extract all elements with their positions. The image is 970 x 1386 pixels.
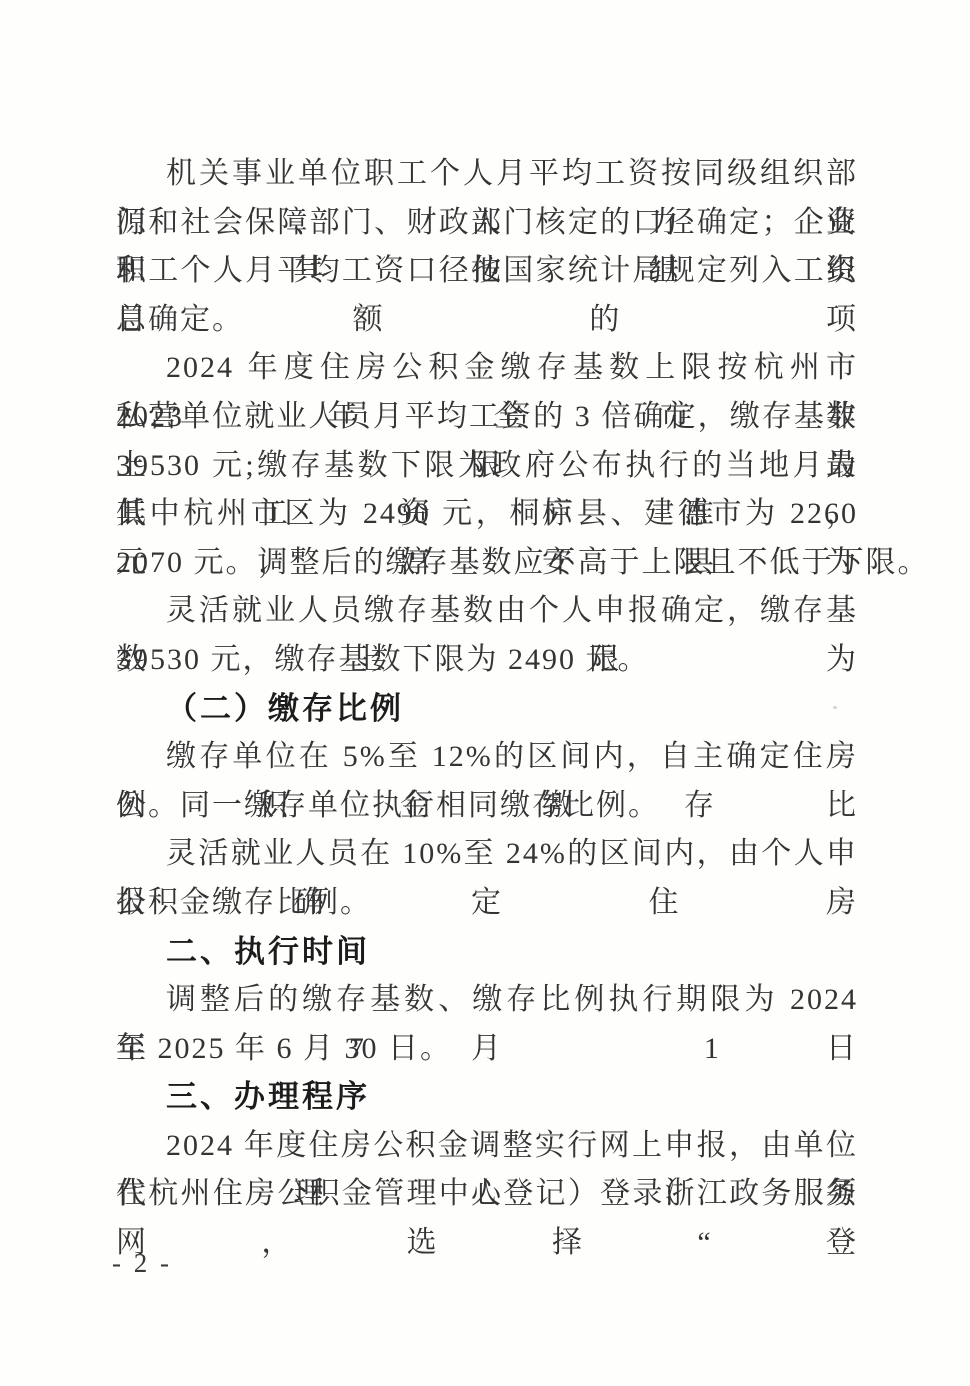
section-heading-procedure: 三、办理程序 bbox=[116, 1073, 858, 1122]
text-line: 职工个人月平均工资口径按国家统计局规定列入工资总额的项 bbox=[116, 247, 858, 296]
text-line: 2024 年度住房公积金缴存基数上限按杭州市 2023 年全市非 bbox=[116, 344, 858, 393]
text-line: 调整后的缴存基数、缴存比例执行期限为 2024 年 7 月 1 日 bbox=[116, 976, 858, 1025]
text-line: 灵活就业人员在 10%至 24%的区间内，由个人申报确定住房 bbox=[116, 830, 858, 879]
text-line: 机关事业单位职工个人月平均工资按同级组织部门、人力资 bbox=[116, 150, 858, 199]
text-line: 39530 元;缴存基数下限为政府公布执行的当地月最低工资标准， bbox=[116, 442, 858, 491]
text-line: 缴存单位在 5%至 12%的区间内，自主确定住房公积金缴存比 bbox=[116, 733, 858, 782]
page-number: - 2 - bbox=[112, 1248, 172, 1279]
text-line: 2070 元。调整后的缴存基数应不高于上限且不低于下限。 bbox=[116, 539, 858, 588]
text-line: 源和社会保障部门、财政部门核定的口径确定；企业和其他组织 bbox=[116, 199, 858, 248]
text-line: 2024 年度住房公积金调整实行网上申报，由单位代理人（须 bbox=[116, 1122, 858, 1171]
scan-speck bbox=[833, 706, 837, 709]
document-page: 机关事业单位职工个人月平均工资按同级组织部门、人力资 源和社会保障部门、财政部门… bbox=[0, 0, 970, 1386]
text-line: 私营单位就业人员月平均工资的 3 倍确定，缴存基数上限为 bbox=[116, 393, 858, 442]
section-heading-deposit-ratio: （二）缴存比例 bbox=[116, 685, 858, 734]
document-text-block: 机关事业单位职工个人月平均工资按同级组织部门、人力资 源和社会保障部门、财政部门… bbox=[116, 150, 858, 1219]
text-line: 其中杭州市区为 2490 元，桐庐县、建德市为 2260 元，淳安县为 bbox=[116, 490, 858, 539]
section-heading-execution-time: 二、执行时间 bbox=[116, 928, 858, 977]
text-line: 在杭州住房公积金管理中心登记）登录浙江政务服务网，选择“登 bbox=[116, 1170, 858, 1219]
text-line: 灵活就业人员缴存基数由个人申报确定，缴存基数上限为 bbox=[116, 587, 858, 636]
